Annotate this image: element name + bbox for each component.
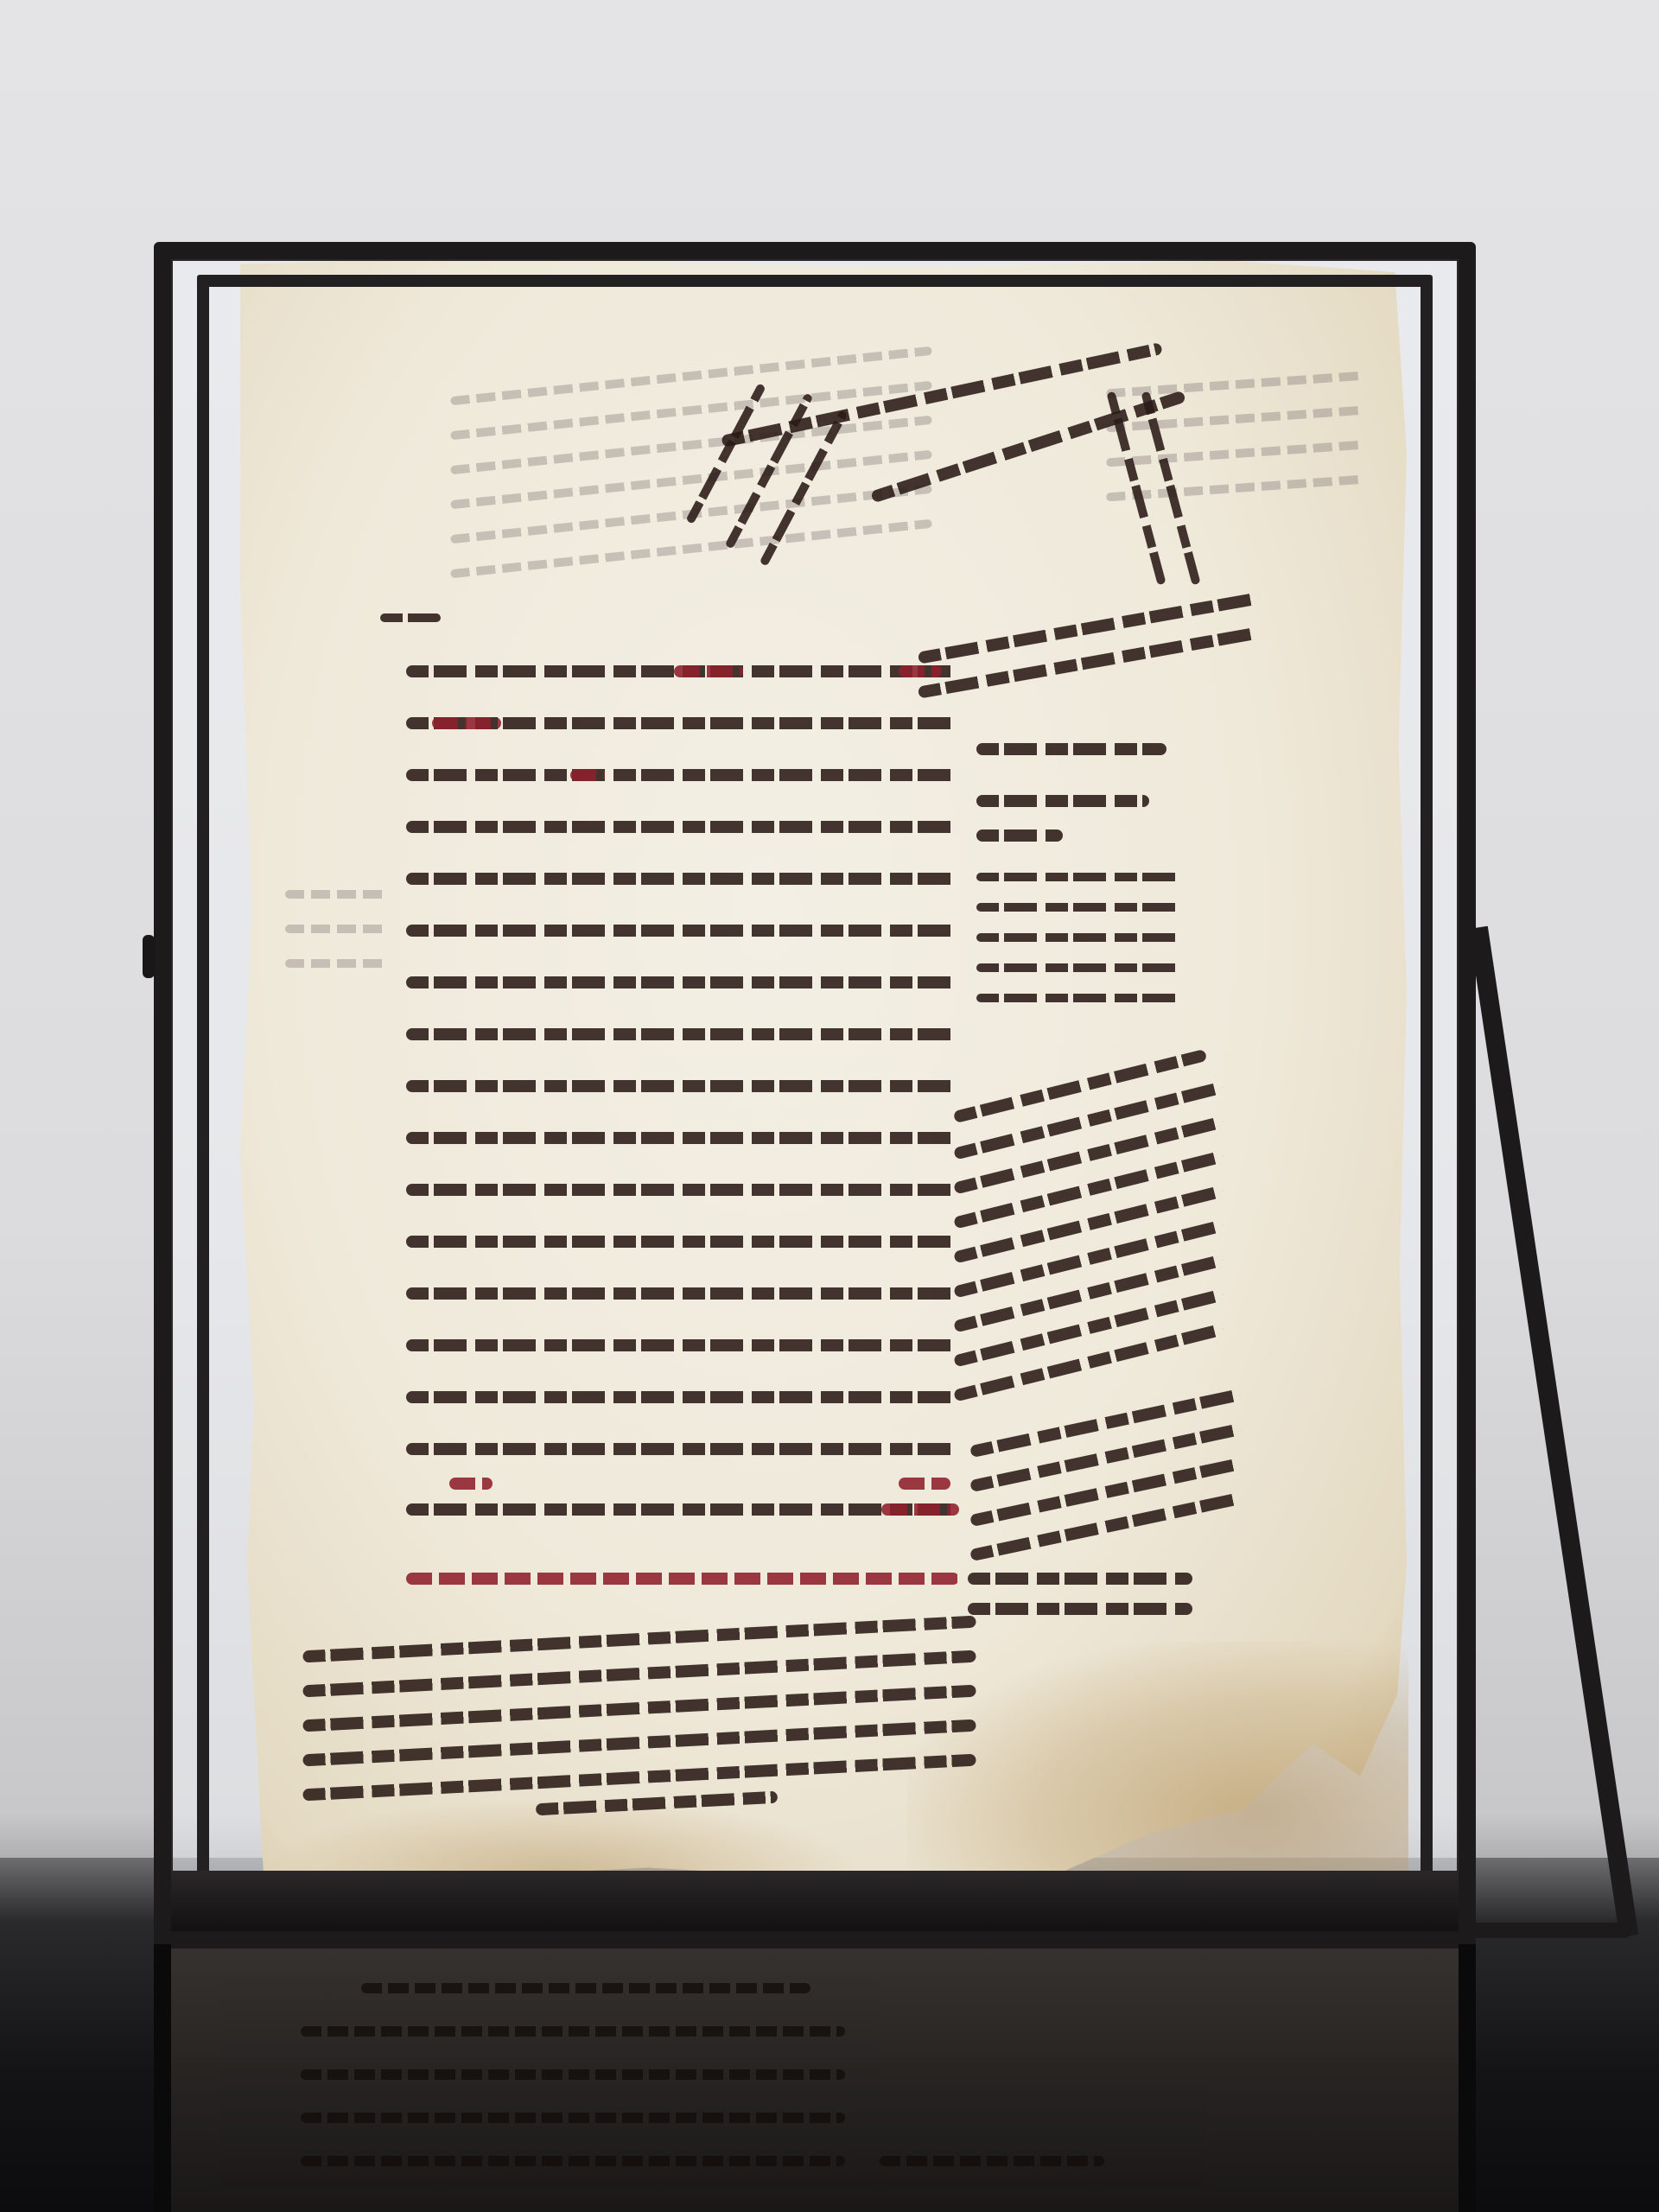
kickstand-base: [1469, 1923, 1633, 1938]
frame-inner-border: [197, 275, 1433, 1899]
kickstand-leg: [1469, 926, 1638, 1937]
reflection-frame: [154, 1944, 1476, 2212]
frame-side-knob: [143, 935, 155, 978]
frame-bottom-rail: [171, 1871, 1459, 1931]
